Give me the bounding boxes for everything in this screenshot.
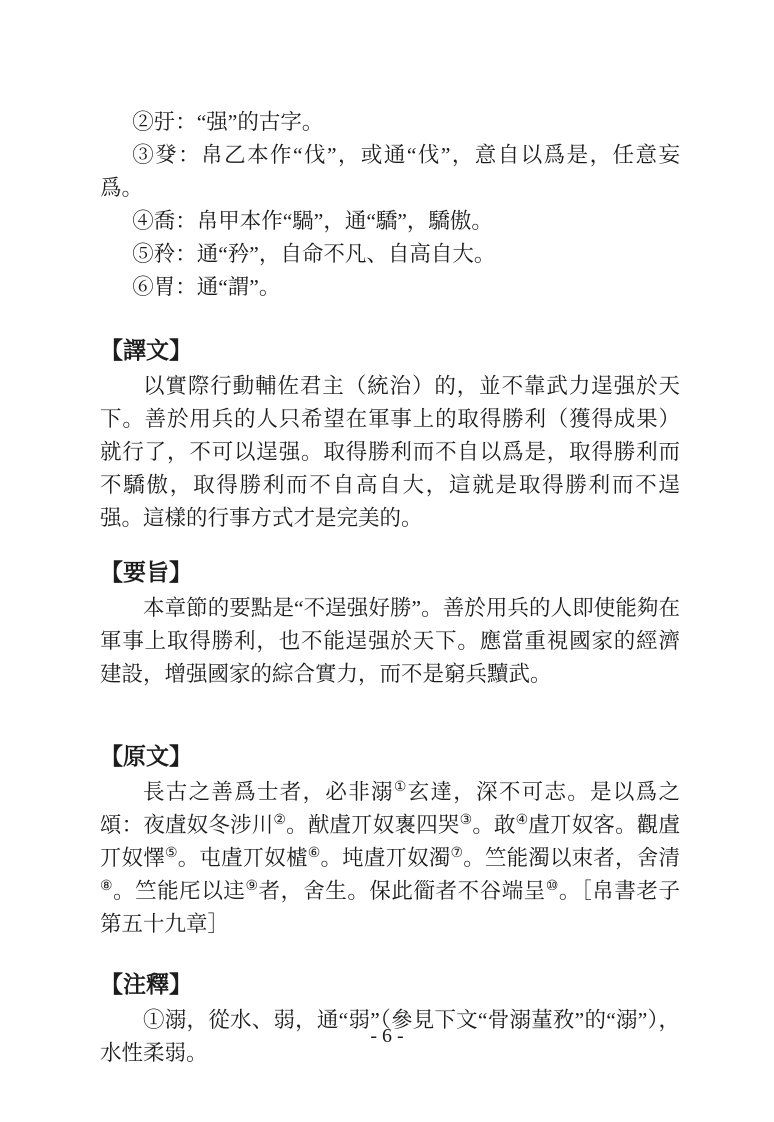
section-annotations: 【注釋】 ①溺，從水、弱，通“弱”（參見下文“骨溺蓳敄”的“溺”），水性柔弱。 (100, 968, 680, 1070)
note-item-4: ④喬：帛甲本作“騧”，通“驕”，驕傲。 (100, 205, 680, 238)
page-number: - 6 - (0, 1022, 774, 1050)
section-title-translation: 【譯文】 (100, 334, 680, 368)
section-title-annotations: 【注釋】 (100, 968, 680, 1002)
gist-paragraph: 本章節的要點是“不逞强好勝”。善於用兵的人即使能夠在軍事上取得勝利，也不能逞强於… (100, 592, 680, 691)
note-item-3: ③癹：帛乙本作“伐”，或通“伐”，意自以爲是，任意妄爲。 (100, 139, 680, 205)
carryover-notes-block: ②弙：“强”的古字。 ③癹：帛乙本作“伐”，或通“伐”，意自以爲是，任意妄爲。 … (100, 106, 680, 304)
note-item-6: ⑥胃：通“謂”。 (100, 271, 680, 304)
section-gist: 【要旨】 本章節的要點是“不逞强好勝”。善於用兵的人即使能夠在軍事上取得勝利，也… (100, 556, 680, 691)
section-original-text: 【原文】 長古之善爲士者，必非溺①玄達，深不可志。是以爲之頌：夜虘奴冬涉川②。猷… (100, 740, 680, 941)
book-page: ②弙：“强”的古字。 ③癹：帛乙本作“伐”，或通“伐”，意自以爲是，任意妄爲。 … (0, 0, 774, 1122)
section-title-original-text: 【原文】 (100, 740, 680, 774)
translation-paragraph: 以實際行動輔佐君主（統治）的，並不靠武力逞强於天下。善於用兵的人只希望在軍事上的… (100, 370, 680, 535)
section-title-gist: 【要旨】 (100, 556, 680, 590)
section-translation: 【譯文】 以實際行動輔佐君主（統治）的，並不靠武力逞强於天下。善於用兵的人只希望… (100, 334, 680, 535)
note-item-5: ⑤矝：通“矜”，自命不凡、自高自大。 (100, 238, 680, 271)
note-item-2: ②弙：“强”的古字。 (100, 106, 680, 139)
original-text-paragraph: 長古之善爲士者，必非溺①玄達，深不可志。是以爲之頌：夜虘奴冬涉川②。猷虘丌奴褢四… (100, 776, 680, 941)
page-content: ②弙：“强”的古字。 ③癹：帛乙本作“伐”，或通“伐”，意自以爲是，任意妄爲。 … (100, 106, 680, 1070)
